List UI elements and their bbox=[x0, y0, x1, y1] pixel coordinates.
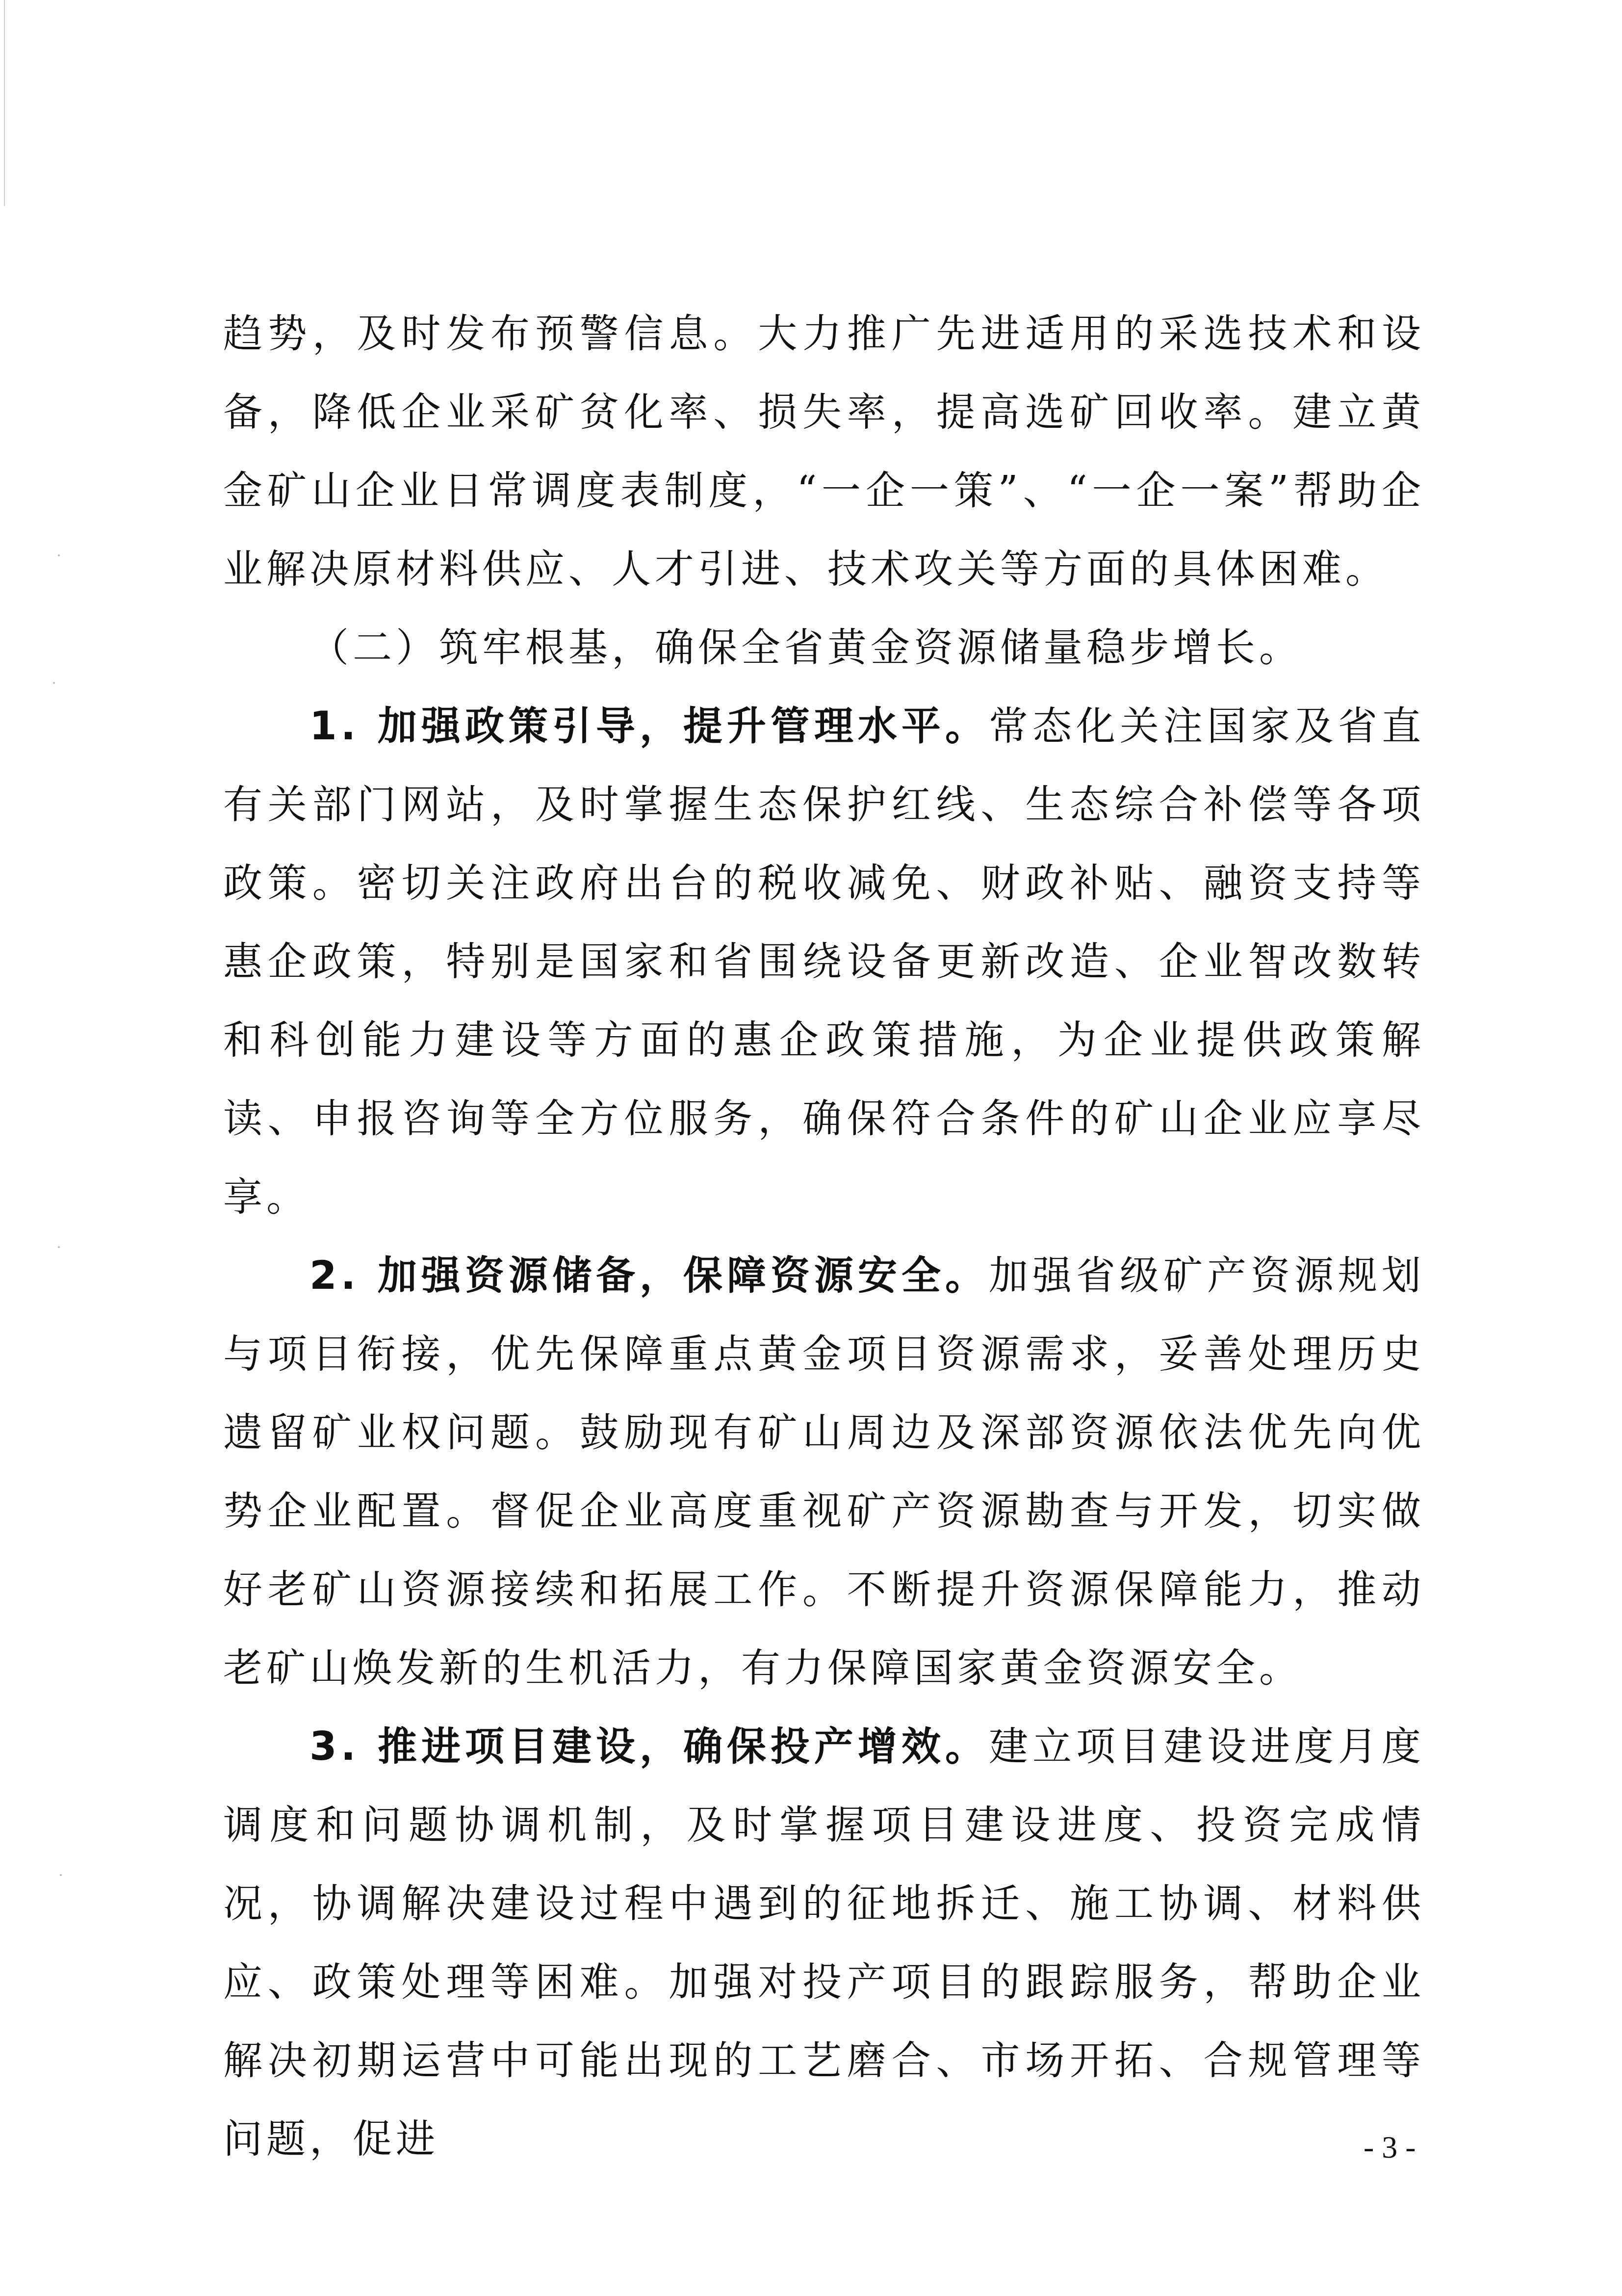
paragraph-text: 常态化关注国家及省直有关部门网站，及时掌握生态保护红线、生态综合补偿等各项政策。… bbox=[223, 703, 1425, 1220]
scan-artifact-dot bbox=[53, 682, 55, 684]
item-heading: 2. 加强资源储备，保障资源安全。 bbox=[309, 1252, 989, 1298]
section-heading-2: （二）筑牢根基，确保全省黄金资源储量稳步增长。 bbox=[223, 608, 1425, 687]
paragraph-text: 建立项目建设进度月度调度和问题协调机制，及时掌握项目建设进度、投资完成情况，协调… bbox=[223, 1723, 1425, 2162]
paragraph-item-1: 1. 加强政策引导，提升管理水平。常态化关注国家及省直有关部门网站，及时掌握生态… bbox=[223, 687, 1425, 1236]
item-heading: 1. 加强政策引导，提升管理水平。 bbox=[309, 703, 989, 749]
paragraph-item-2: 2. 加强资源储备，保障资源安全。加强省级矿产资源规划与项目衔接，优先保障重点黄… bbox=[223, 1236, 1425, 1707]
scan-artifact-dot bbox=[60, 1874, 62, 1876]
page-number: - 3 - bbox=[1364, 2129, 1416, 2166]
scan-artifact-dot bbox=[58, 1246, 60, 1248]
paragraph-text: 趋势，及时发布预警信息。大力推广先进适用的采选技术和设备，降低企业采矿贫化率、损… bbox=[223, 311, 1425, 592]
section-heading-text: （二）筑牢根基，确保全省黄金资源储量稳步增长。 bbox=[309, 625, 1302, 670]
scan-artifact-dot bbox=[58, 554, 60, 556]
body-text: 趋势，及时发布预警信息。大力推广先进适用的采选技术和设备，降低企业采矿贫化率、损… bbox=[223, 294, 1425, 2178]
paragraph-text: 加强省级矿产资源规划与项目衔接，优先保障重点黄金项目资源需求，妥善处理历史遗留矿… bbox=[223, 1252, 1425, 1691]
paragraph-item-3: 3. 推进项目建设，确保投产增效。建立项目建设进度月度调度和问题协调机制，及时掌… bbox=[223, 1707, 1425, 2178]
scan-edge-line bbox=[4, 0, 5, 206]
paragraph-continuation: 趋势，及时发布预警信息。大力推广先进适用的采选技术和设备，降低企业采矿贫化率、损… bbox=[223, 294, 1425, 608]
item-heading: 3. 推进项目建设，确保投产增效。 bbox=[309, 1723, 989, 1769]
document-page: 趋势，及时发布预警信息。大力推广先进适用的采选技术和设备，降低企业采矿贫化率、损… bbox=[0, 0, 1622, 2296]
